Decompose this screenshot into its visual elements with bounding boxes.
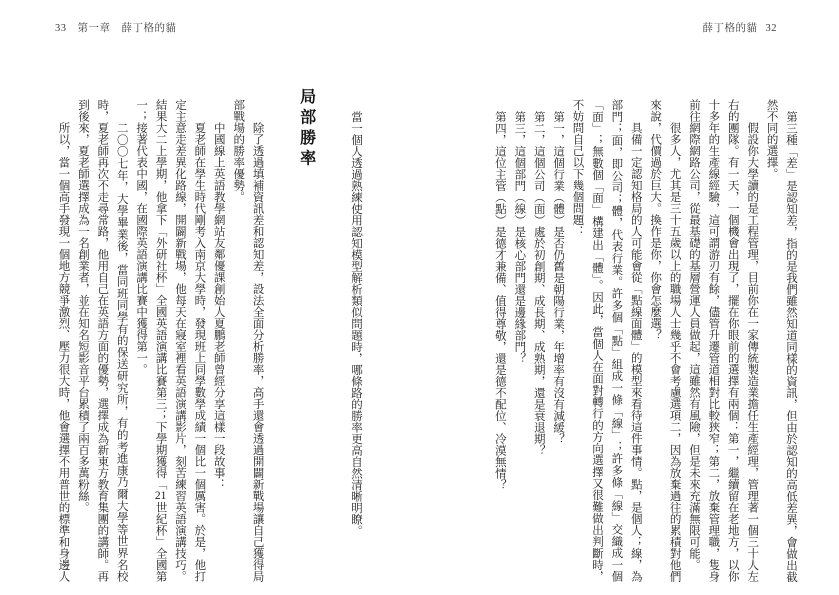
paragraph: 第三，這個部門（線）是核心部門還是邊緣部門？ (509, 99, 528, 582)
book-spread: 33 第一章 薛丁格的貓 薛丁格的貓 32 第三種「差」是認知差，指的是我們雖然… (0, 0, 839, 595)
paragraph: 二〇〇七年，大學畢業後，當同班同學有的保送研究所，有的考進康乃爾大學等世界名校時… (73, 99, 131, 582)
paragraph: 除了透過填補資訊差和認知差，設法全面分析勝率，高手還會透過開闢新戰場讓自己獲得局… (228, 99, 267, 582)
paragraph: 第四，這位主管（點）是德才兼備、值得尊敬，還是德不配位、冷漠無情？ (490, 99, 509, 582)
paragraph: 中國線上英語教學網站友鄰優課創始人夏鵬老師曾經分享這樣一段故事： (208, 99, 227, 582)
paragraph: 第一，這個行業（體）是否仍舊是朝陽行業，年增率有沒有減緩？ (548, 99, 567, 582)
paragraph: 假設你大學讀的是工程管理，目前你在一家傳統製造業擔任生產經理，管理著一個三十人左… (684, 99, 762, 582)
chapter-label: 第一章 (78, 23, 111, 35)
left-section-paragraphs: 除了透過填補資訊差和認知差，設法全面分析勝率，高手還會透過開闢新戰場讓自己獲得局… (53, 99, 266, 582)
left-page-header: 33 第一章 薛丁格的貓 (55, 23, 177, 35)
paragraph: 當一個人透過熟練使用認知模型解析類似問題時，哪條路的勝率更高自然清晰明瞭。 (346, 99, 365, 582)
right-book-title: 薛丁格的貓 (703, 23, 758, 35)
right-page-number: 32 (766, 23, 778, 35)
paragraph: 第二，這個公司（面）處於初創期、成長期、成熟期，還是衰退期？ (528, 99, 547, 582)
right-page-header: 薛丁格的貓 32 (703, 23, 778, 35)
paragraph: 具備一定認知格局的人可能會從「點線面體」的模型來看待這件事情。點，是個人；線，為… (567, 99, 645, 582)
paragraph: 第三種「差」是認知差，指的是我們雖然知道同樣的資訊，但由於認知的高低差異，會做出… (761, 99, 800, 582)
left-book-title: 薛丁格的貓 (122, 23, 177, 35)
paragraph: 所以，當一個高手發現一個地方競爭激烈、壓力很大時，他會選擇不用普世的標準和身邊人 (53, 99, 72, 582)
left-page-body: 當一個人透過熟練使用認知模型解析類似問題時，哪條路的勝率更高自然清晰明瞭。 局部… (53, 99, 365, 582)
left-page-number: 33 (55, 23, 67, 35)
section-heading: 局部勝率 (296, 88, 317, 571)
paragraph: 夏老師在學生時代剛考入南京大學時，發現班上同學數學成績一個比一個厲害。於是，他打… (131, 99, 209, 582)
left-intro-paragraphs: 當一個人透過熟練使用認知模型解析類似問題時，哪條路的勝率更高自然清晰明瞭。 (346, 99, 365, 582)
horizontal-digits: 21 (155, 490, 167, 502)
right-page-body: 第三種「差」是認知差，指的是我們雖然知道同樣的資訊，但由於認知的高低差異，會做出… (490, 99, 801, 582)
paragraph: 很多人，尤其是三十五歲以上的職場人士幾乎不會考慮選項二，因為放棄過往的累積對他們… (645, 99, 684, 582)
